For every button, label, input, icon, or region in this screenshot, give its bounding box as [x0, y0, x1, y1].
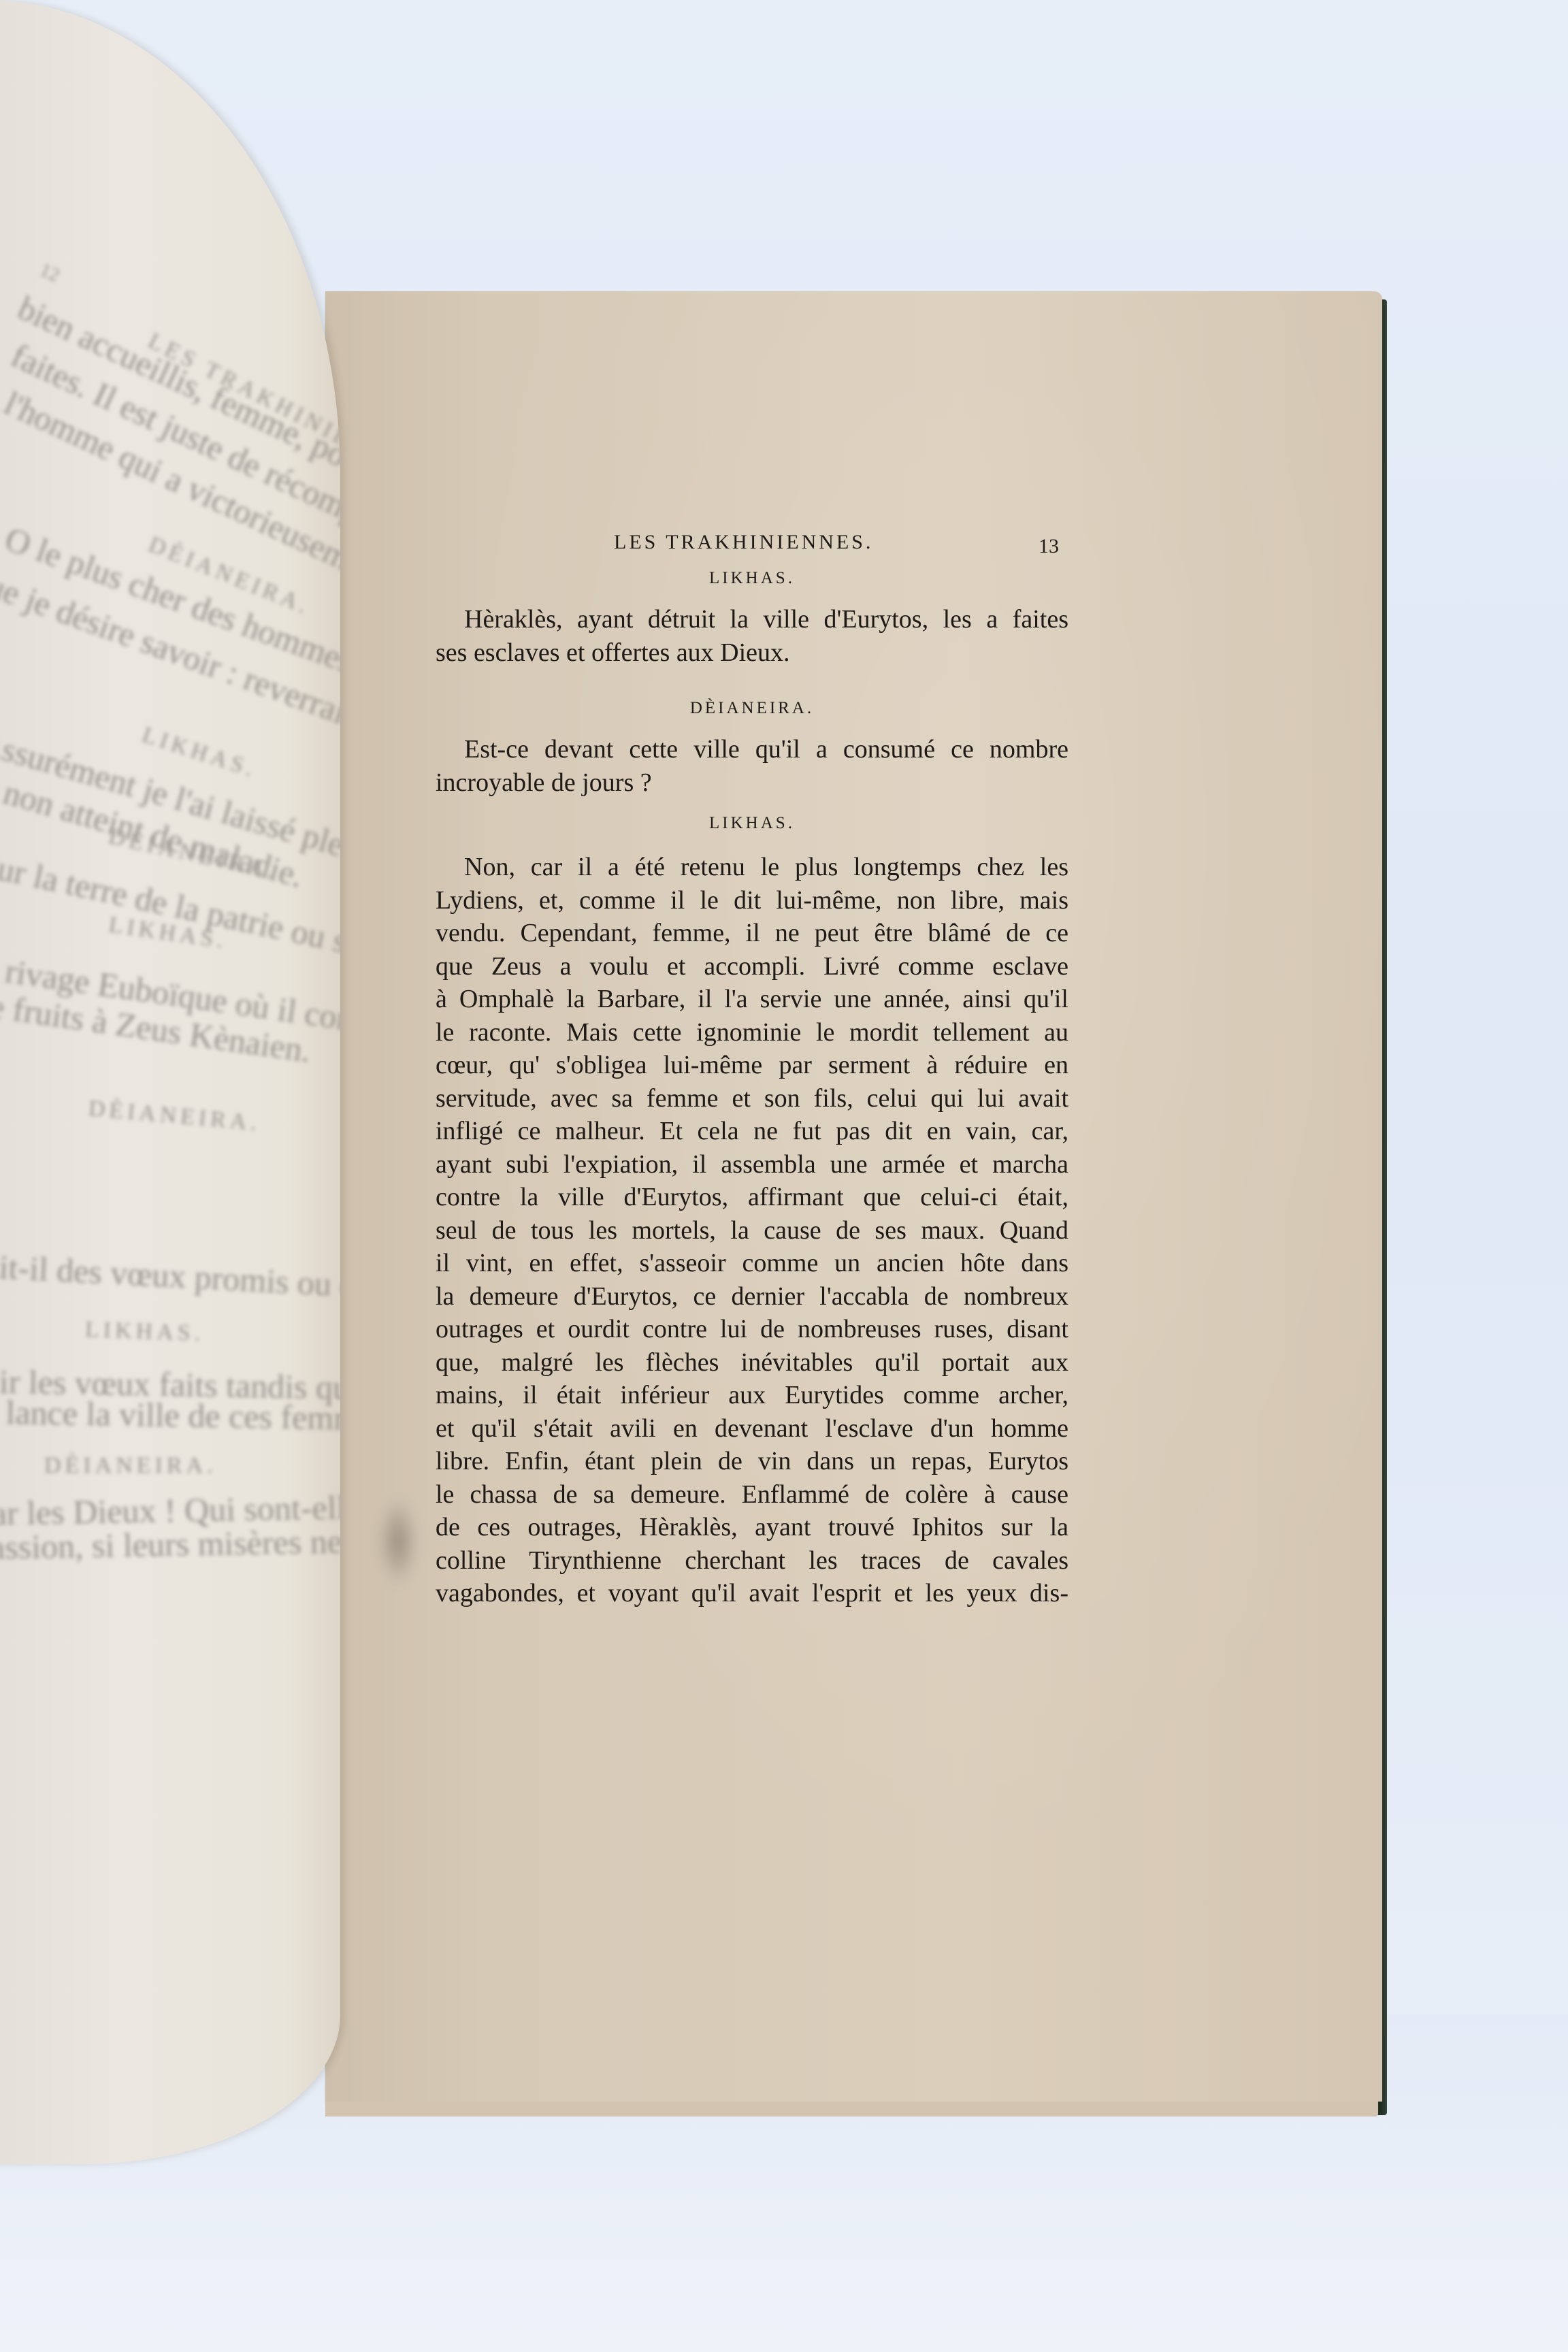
- text-line: incroyable de jours ?: [436, 766, 1068, 800]
- text-line: vendu. Cependant, femme, il ne peut être…: [436, 917, 1068, 950]
- speaker-heading: DÈIANEIRA.: [436, 699, 1068, 718]
- text-line: Est-ce devant cette ville qu'il a consum…: [436, 733, 1068, 766]
- text-line: et qu'il s'était avili en devenant l'esc…: [436, 1412, 1068, 1445]
- text-line: seul de tous les mortels, la cause de se…: [436, 1214, 1068, 1247]
- text-line: servitude, avec sa femme et son fils, ce…: [436, 1082, 1068, 1115]
- text-line: vagabondes, et voyant qu'il avait l'espr…: [436, 1577, 1068, 1610]
- text-line: de ces outrages, Hèraklès, ayant trouvé …: [436, 1511, 1068, 1544]
- text-line: contre la ville d'Eurytos, affirmant que…: [436, 1181, 1068, 1214]
- speaker-heading: LIKHAS.: [436, 814, 1068, 833]
- left-speaker: DÈIANEIRA.: [87, 1096, 261, 1137]
- text-line: libre. Enfin, étant plein de vin dans un…: [436, 1445, 1068, 1478]
- left-line: plit-il des vœux promis ou obéit-il à un…: [0, 1245, 340, 1316]
- text-line: ses esclaves et offertes aux Dieux.: [436, 636, 1068, 670]
- right-page-text: LES TRAKHINIENNES. 13 LIKHAS. Hèraklès, …: [436, 524, 1068, 1610]
- running-head: LES TRAKHINIENNES. 13: [436, 524, 1068, 565]
- speech-paragraph: Non, car il a été retenu le plus longtem…: [436, 851, 1068, 1610]
- text-line: que Zeus a voulu et accompli. Livré comm…: [436, 950, 1068, 983]
- text-line: le chassa de sa demeure. Enflammé de col…: [436, 1478, 1068, 1512]
- page-number: 13: [1039, 535, 1059, 558]
- left-page-curved: 12 LES TRAKHINIENNES. bien accueillis, f…: [0, 0, 340, 2164]
- text-line: que, malgré les flèches inévitables qu'i…: [436, 1346, 1068, 1379]
- text-line: mains, il était inférieur aux Eurytides …: [436, 1379, 1068, 1412]
- speech-paragraph: Est-ce devant cette ville qu'il a consum…: [436, 733, 1068, 799]
- left-page-folio: 12: [36, 259, 63, 287]
- text-line: Lydiens, et, comme il le dit lui-même, n…: [436, 884, 1068, 917]
- text-line: infligé ce malheur. Et cela ne fut pas d…: [436, 1115, 1068, 1148]
- speaker-heading: LIKHAS.: [436, 569, 1068, 588]
- left-speaker: DÈIANEIRA.: [44, 1453, 217, 1479]
- text-line: outrages et ourdit contre lui de nombreu…: [436, 1313, 1068, 1346]
- text-line: la demeure d'Eurytos, ce dernier l'accab…: [436, 1280, 1068, 1313]
- page-smudge: [378, 1497, 419, 1586]
- text-line: le raconte. Mais cette ignominie le mord…: [436, 1016, 1068, 1049]
- text-line: Hèraklès, ayant détruit la ville d'Euryt…: [436, 603, 1068, 636]
- left-line: la lance la ville de ces femmes que tu v…: [0, 1392, 340, 1441]
- text-line: à Omphalè la Barbare, il l'a servie une …: [436, 983, 1068, 1016]
- text-line: cœur, qu' s'obligea lui-même par serment…: [436, 1049, 1068, 1082]
- text-line: ayant subi l'expiation, il assembla une …: [436, 1148, 1068, 1181]
- left-speaker: LIKHAS.: [84, 1317, 204, 1347]
- text-line: Non, car il a été retenu le plus longtem…: [436, 851, 1068, 884]
- running-title: LES TRAKHINIENNES.: [614, 531, 873, 554]
- speech-paragraph: Hèraklès, ayant détruit la ville d'Euryt…: [436, 603, 1068, 669]
- text-line: colline Tirynthienne cherchant les trace…: [436, 1544, 1068, 1578]
- text-line: il vint, en effet, s'asseoir comme un an…: [436, 1247, 1068, 1280]
